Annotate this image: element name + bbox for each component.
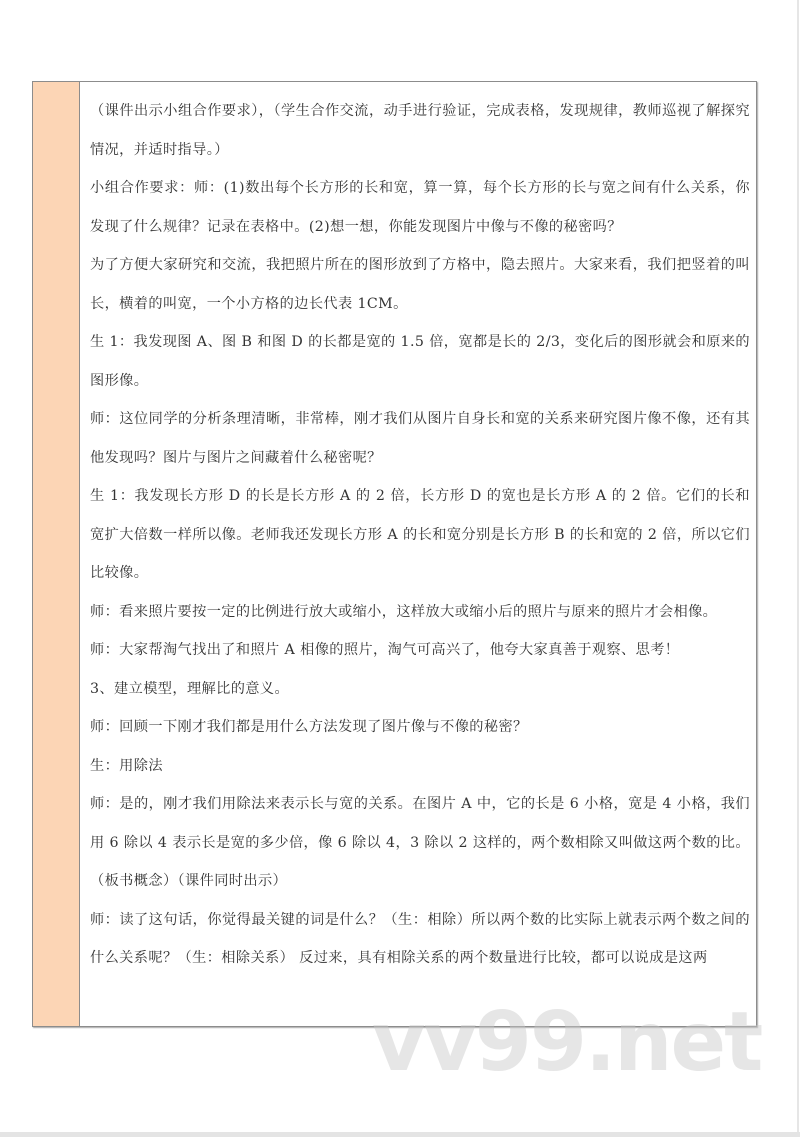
paragraph: 生 1：我发现图 A、图 B 和图 D 的长都是宽的 1.5 倍，宽都是长的 2… — [90, 323, 750, 400]
lesson-table: （课件出示小组合作要求），（学生合作交流，动手进行验证，完成表格，发现规律，教师… — [32, 81, 757, 1027]
paragraph: 师：是的，刚才我们用除法来表示长与宽的关系。在图片 A 中，它的长是 6 小格，… — [90, 785, 750, 862]
page-bottom-edge — [0, 1132, 800, 1137]
paragraph: 生 1：我发现长方形 D 的长是长方形 A 的 2 倍，长方形 D 的宽也是长方… — [90, 477, 750, 593]
watermark: vv99.net — [372, 995, 761, 1090]
paragraph: 生：用除法 — [90, 747, 750, 786]
paragraph: 师：读了这句话，你觉得最关键的词是什么？（生：相除）所以两个数的比实际上就表示两… — [90, 901, 750, 978]
paragraph: 小组合作要求：师：(1)数出每个长方形的长和宽，算一算，每个长方形的长与宽之间有… — [90, 169, 750, 246]
paragraph: 师：大家帮淘气找出了和照片 A 相像的照片，淘气可高兴了，他夸大家真善于观察、思… — [90, 631, 750, 670]
table-side-column — [33, 82, 80, 1026]
paragraph: （课件出示小组合作要求），（学生合作交流，动手进行验证，完成表格，发现规律，教师… — [90, 92, 750, 169]
table-content-cell: （课件出示小组合作要求），（学生合作交流，动手进行验证，完成表格，发现规律，教师… — [80, 82, 756, 1026]
paragraph: （板书概念）（课件同时出示） — [90, 862, 750, 901]
paragraph: 师：回顾一下刚才我们都是用什么方法发现了图片像与不像的秘密？ — [90, 708, 750, 747]
paragraph: 师：看来照片要按一定的比例进行放大或缩小，这样放大或缩小后的照片与原来的照片才会… — [90, 593, 750, 632]
document-page: （课件出示小组合作要求），（学生合作交流，动手进行验证，完成表格，发现规律，教师… — [0, 0, 799, 1132]
paragraph: 师：这位同学的分析条理清晰，非常棒，刚才我们从图片自身长和宽的关系来研究图片像不… — [90, 400, 750, 477]
section-heading: 3、建立模型，理解比的意义。 — [90, 670, 750, 709]
paragraph: 为了方便大家研究和交流，我把照片所在的图形放到了方格中，隐去照片。大家来看，我们… — [90, 246, 750, 323]
